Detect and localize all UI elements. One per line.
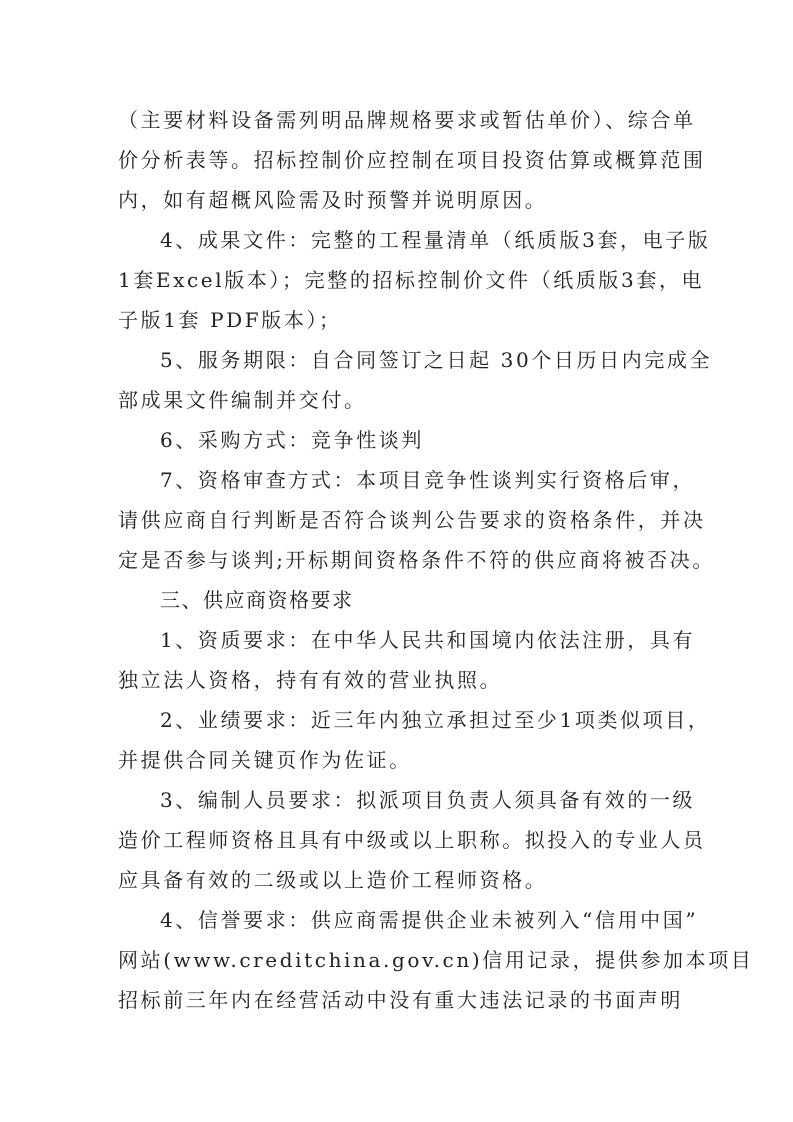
req-4-credit: 4、信誉要求：供应商需提供企业未被列入“信用中国” — [160, 900, 720, 940]
item-4-deliverables: 4、成果文件：完整的工程量清单（纸质版3套，电子版 — [160, 220, 720, 260]
paragraph-line: 造价工程师资格且具有中级或以上职称。拟投入的专业人员 — [118, 820, 678, 860]
item-6-procurement-method: 6、采购方式：竞争性谈判 — [160, 420, 720, 460]
paragraph-line: 请供应商自行判断是否符合谈判公告要求的资格条件，并决 — [118, 500, 678, 540]
paragraph-line: （主要材料设备需列明品牌规格要求或暂估单价）、综合单 — [118, 100, 678, 140]
paragraph-line: 招标前三年内在经营活动中没有重大违法记录的书面声明 — [118, 980, 678, 1020]
paragraph-line: 定是否参与谈判;开标期间资格条件不符的供应商将被否决。 — [118, 540, 678, 580]
paragraph-line: 网站(www.creditchina.gov.cn)信用记录，提供参加本项目 — [118, 940, 678, 980]
paragraph-line: 价分析表等。招标控制价应控制在项目投资估算或概算范围 — [118, 140, 678, 180]
item-5-service-period: 5、服务期限：自合同签订之日起 30个日历日内完成全 — [160, 340, 720, 380]
item-7-qualification-review: 7、资格审查方式：本项目竞争性谈判实行资格后审， — [160, 460, 720, 500]
paragraph-line: 部成果文件编制并交付。 — [118, 380, 678, 420]
req-1-qualification: 1、资质要求：在中华人民共和国境内依法注册，具有 — [160, 620, 720, 660]
paragraph-line: 1套Excel版本）；完整的招标控制价文件（纸质版3套，电 — [118, 260, 678, 300]
section-heading-supplier-requirements: 三、供应商资格要求 — [160, 580, 720, 620]
paragraph-line: 独立法人资格，持有有效的营业执照。 — [118, 660, 678, 700]
req-3-staff: 3、编制人员要求：拟派项目负责人须具备有效的一级 — [160, 780, 720, 820]
paragraph-line: 内，如有超概风险需及时预警并说明原因。 — [118, 180, 678, 220]
paragraph-line: 应具备有效的二级或以上造价工程师资格。 — [118, 860, 678, 900]
req-2-performance: 2、业绩要求：近三年内独立承担过至少1项类似项目， — [160, 700, 720, 740]
document-page: （主要材料设备需列明品牌规格要求或暂估单价）、综合单 价分析表等。招标控制价应控… — [0, 0, 793, 1122]
paragraph-line: 并提供合同关键页作为佐证。 — [118, 740, 678, 780]
paragraph-line: 子版1套 PDF版本）； — [118, 300, 678, 340]
